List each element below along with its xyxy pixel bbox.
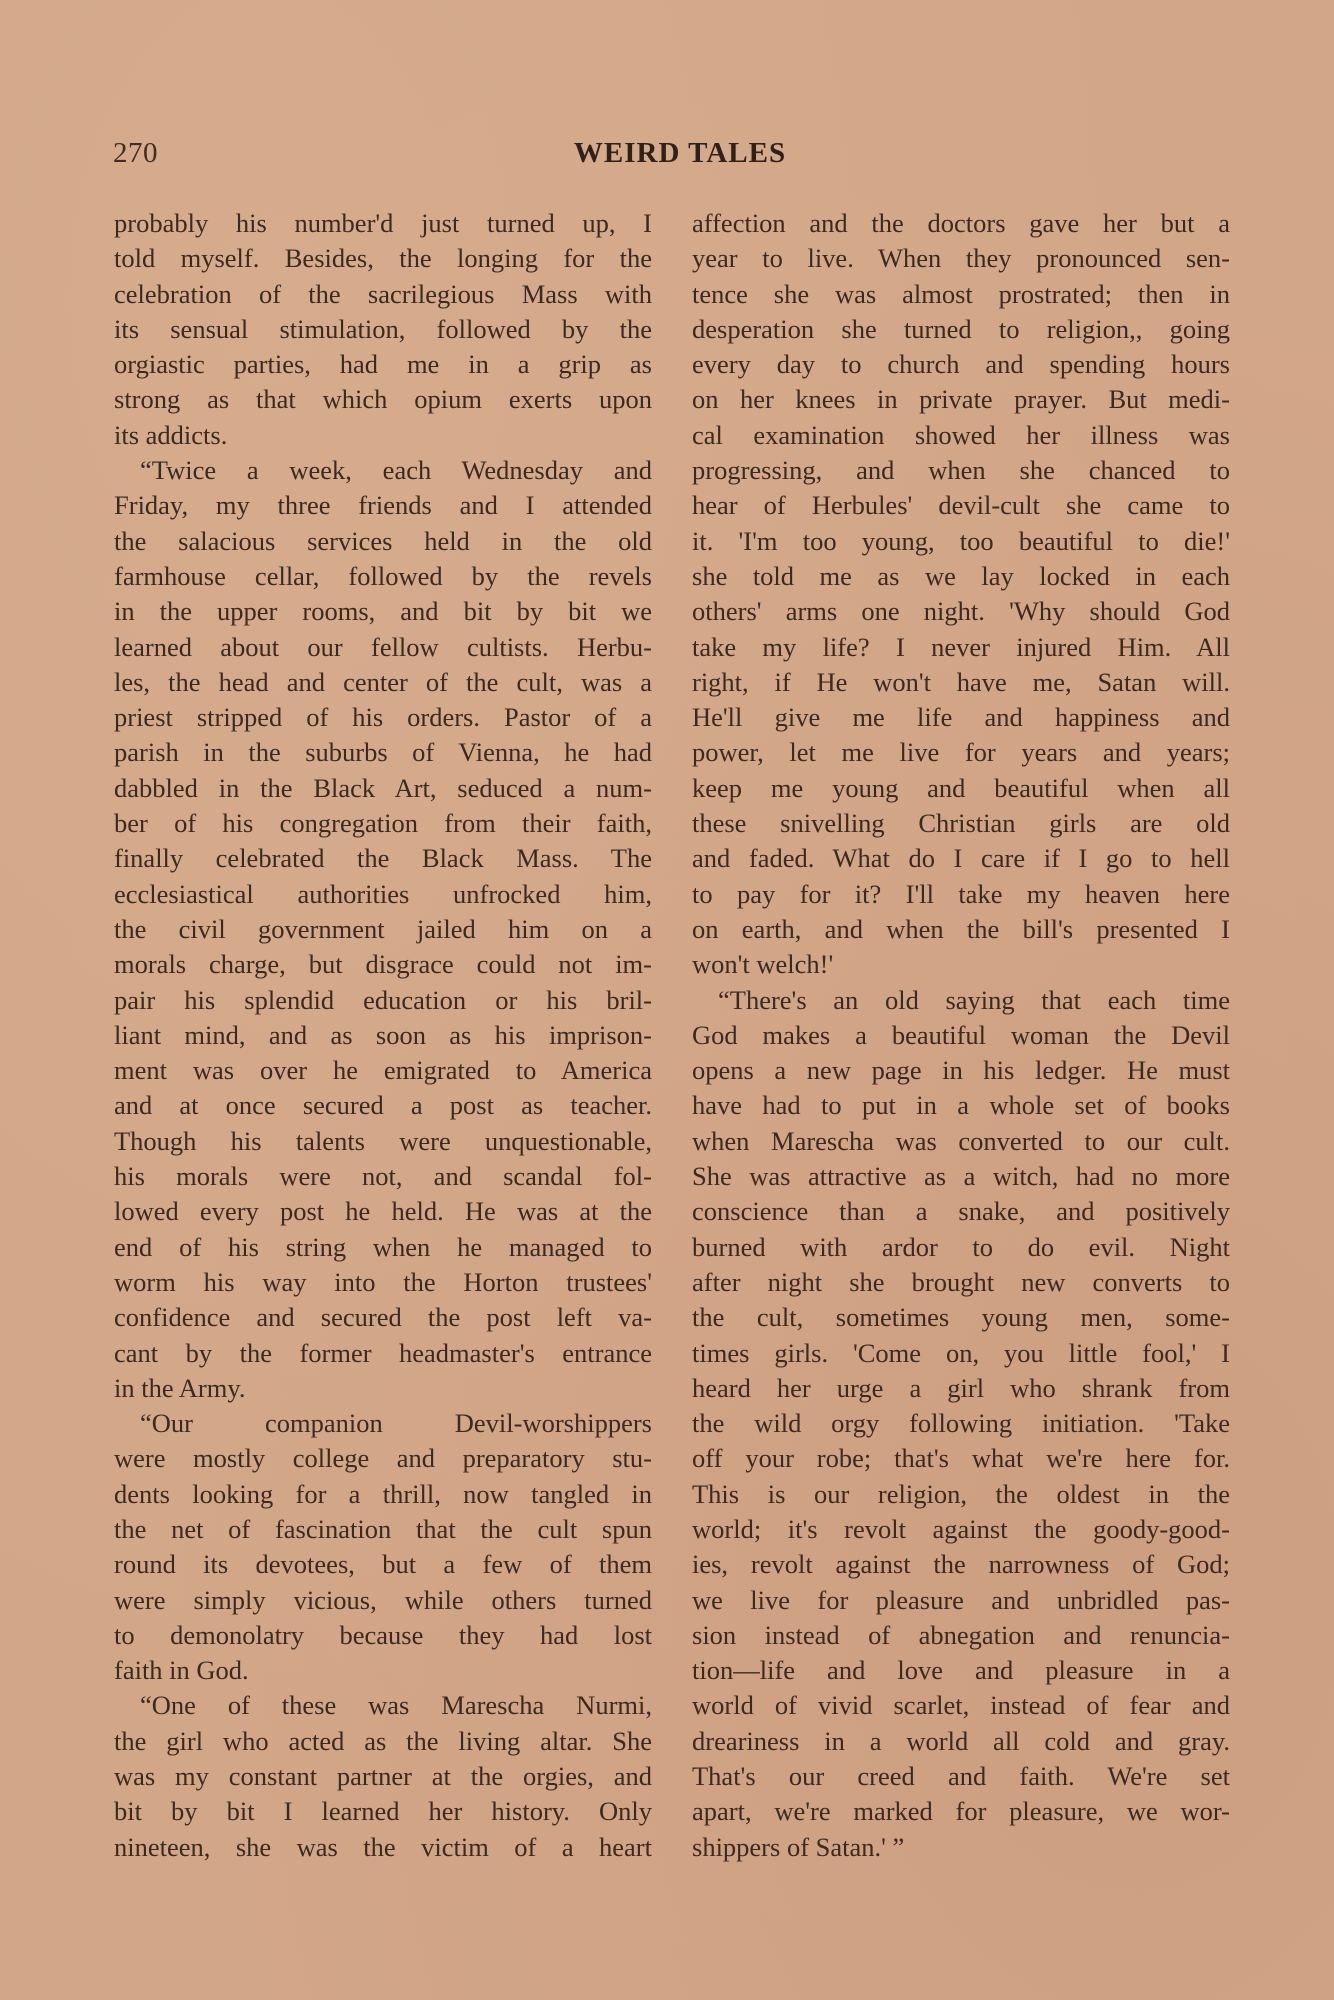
text-line: end of his string when he managed to [114, 1230, 652, 1265]
text-line: sion instead of abnegation and renuncia- [692, 1618, 1230, 1653]
text-line: desperation she turned to religion,, goi… [692, 312, 1230, 347]
text-line: the net of fascination that the cult spu… [114, 1512, 652, 1547]
text-line: liant mind, and as soon as his imprison- [114, 1018, 652, 1053]
text-line: on her knees in private prayer. But medi… [692, 382, 1230, 417]
text-line: cant by the former headmaster's entrance [114, 1336, 652, 1371]
text-line: confidence and secured the post left va- [114, 1300, 652, 1335]
text-line: off your robe; that's what we're here fo… [692, 1441, 1230, 1476]
text-line: ber of his congregation from their faith… [114, 806, 652, 841]
text-line: burned with ardor to do evil. Night [692, 1230, 1230, 1265]
text-line: keep me young and beautiful when all [692, 771, 1230, 806]
text-line: every day to church and spending hours [692, 347, 1230, 382]
text-line: learned about our fellow cultists. Herbu… [114, 630, 652, 665]
text-line: “Twice a week, each Wednesday and [114, 453, 652, 488]
text-line: faith in God. [114, 1653, 652, 1688]
text-line: probably his number'd just turned up, I [114, 206, 652, 241]
text-line: and faded. What do I care if I go to hel… [692, 841, 1230, 876]
text-line: won't welch!' [692, 947, 1230, 982]
text-line: pair his splendid education or his bril- [114, 983, 652, 1018]
text-line: bit by bit I learned her history. Only [114, 1794, 652, 1829]
text-line: the wild orgy following initiation. 'Tak… [692, 1406, 1230, 1441]
text-line: shippers of Satan.' ” [692, 1830, 1230, 1865]
text-line: She was attractive as a witch, had no mo… [692, 1159, 1230, 1194]
text-line: others' arms one night. 'Why should God [692, 594, 1230, 629]
text-line: dabbled in the Black Art, seduced a num- [114, 771, 652, 806]
text-line: were simply vicious, while others turned [114, 1583, 652, 1618]
text-line: it. 'I'm too young, too beautiful to die… [692, 524, 1230, 559]
text-line: ment was over he emigrated to America [114, 1053, 652, 1088]
text-line: les, the head and center of the cult, wa… [114, 665, 652, 700]
text-line: celebration of the sacrilegious Mass wit… [114, 277, 652, 312]
text-line: ies, revolt against the narrowness of Go… [692, 1547, 1230, 1582]
text-line: told myself. Besides, the longing for th… [114, 241, 652, 276]
text-line: round its devotees, but a few of them [114, 1547, 652, 1582]
text-line: opens a new page in his ledger. He must [692, 1053, 1230, 1088]
text-line: its addicts. [114, 418, 652, 453]
text-line: “One of these was Marescha Nurmi, [114, 1688, 652, 1723]
text-line: progressing, and when she chanced to [692, 453, 1230, 488]
text-line: cal examination showed her illness was [692, 418, 1230, 453]
text-line: right, if He won't have me, Satan will. [692, 665, 1230, 700]
text-line: “Our companion Devil-worshippers [114, 1406, 652, 1441]
text-line: apart, we're marked for pleasure, we wor… [692, 1794, 1230, 1829]
text-line: orgiastic parties, had me in a grip as [114, 347, 652, 382]
text-line: heard her urge a girl who shrank from [692, 1371, 1230, 1406]
text-line: worm his way into the Horton trustees' [114, 1265, 652, 1300]
text-line: Friday, my three friends and I attended [114, 488, 652, 523]
text-line: when Marescha was converted to our cult. [692, 1124, 1230, 1159]
text-line: morals charge, but disgrace could not im… [114, 947, 652, 982]
magazine-page: 270 WEIRD TALES probably his number'd ju… [0, 0, 1334, 2000]
text-line: strong as that which opium exerts upon [114, 382, 652, 417]
text-column-left: probably his number'd just turned up, It… [114, 206, 652, 1865]
text-line: ecclesiastical authorities unfrocked him… [114, 877, 652, 912]
text-line: priest stripped of his orders. Pastor of… [114, 700, 652, 735]
text-line: the salacious services held in the old [114, 524, 652, 559]
text-line: have had to put in a whole set of books [692, 1088, 1230, 1123]
text-line: tion—life and love and pleasure in a [692, 1653, 1230, 1688]
text-line: farmhouse cellar, followed by the revels [114, 559, 652, 594]
text-line: world; it's revolt against the goody-goo… [692, 1512, 1230, 1547]
text-line: He'll give me life and happiness and [692, 700, 1230, 735]
text-line: affection and the doctors gave her but a [692, 206, 1230, 241]
text-line: and at once secured a post as teacher. [114, 1088, 652, 1123]
text-line: its sensual stimulation, followed by the [114, 312, 652, 347]
text-line: world of vivid scarlet, instead of fear … [692, 1688, 1230, 1723]
text-line: year to live. When they pronounced sen- [692, 241, 1230, 276]
text-line: God makes a beautiful woman the Devil [692, 1018, 1230, 1053]
text-line: Though his talents were unquestionable, [114, 1124, 652, 1159]
text-line: times girls. 'Come on, you little fool,'… [692, 1336, 1230, 1371]
text-line: on earth, and when the bill's presented … [692, 912, 1230, 947]
text-line: the girl who acted as the living altar. … [114, 1724, 652, 1759]
text-line: in the Army. [114, 1371, 652, 1406]
text-line: “There's an old saying that each time [692, 983, 1230, 1018]
text-line: in the upper rooms, and bit by bit we [114, 594, 652, 629]
text-line: parish in the suburbs of Vienna, he had [114, 735, 652, 770]
text-line: hear of Herbules' devil-cult she came to [692, 488, 1230, 523]
text-line: she told me as we lay locked in each [692, 559, 1230, 594]
text-line: we live for pleasure and unbridled pas- [692, 1583, 1230, 1618]
text-line: power, let me live for years and years; [692, 735, 1230, 770]
text-line: to demonolatry because they had lost [114, 1618, 652, 1653]
text-line: after night she brought new converts to [692, 1265, 1230, 1300]
text-line: finally celebrated the Black Mass. The [114, 841, 652, 876]
text-line: lowed every post he held. He was at the [114, 1194, 652, 1229]
text-line: nineteen, she was the victim of a heart [114, 1830, 652, 1865]
text-line: the cult, sometimes young men, some- [692, 1300, 1230, 1335]
text-line: the civil government jailed him on a [114, 912, 652, 947]
text-line: these snivelling Christian girls are old [692, 806, 1230, 841]
text-column-right: affection and the doctors gave her but a… [692, 206, 1230, 1865]
running-title: WEIRD TALES [0, 137, 1334, 170]
text-line: conscience than a snake, and positively [692, 1194, 1230, 1229]
text-line: That's our creed and faith. We're set [692, 1759, 1230, 1794]
text-line: This is our religion, the oldest in the [692, 1477, 1230, 1512]
text-line: take my life? I never injured Him. All [692, 630, 1230, 665]
text-line: tence she was almost prostrated; then in [692, 277, 1230, 312]
text-line: were mostly college and preparatory stu- [114, 1441, 652, 1476]
text-line: to pay for it? I'll take my heaven here [692, 877, 1230, 912]
text-line: was my constant partner at the orgies, a… [114, 1759, 652, 1794]
text-line: his morals were not, and scandal fol- [114, 1159, 652, 1194]
text-line: dents looking for a thrill, now tangled … [114, 1477, 652, 1512]
text-line: dreariness in a world all cold and gray. [692, 1724, 1230, 1759]
